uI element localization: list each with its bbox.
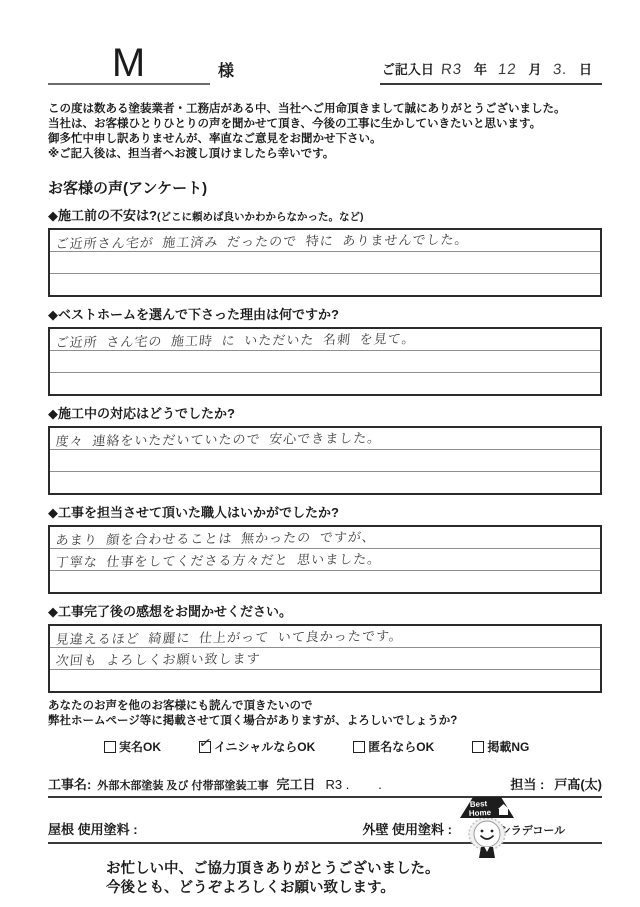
honorific-label: 様: [218, 58, 234, 85]
checkbox-label: イニシャルならOK: [214, 738, 315, 755]
survey-title: お客様の声(アンケート): [48, 177, 602, 198]
customer-initial: M: [112, 41, 146, 85]
intro-line: 当社は、お客様ひとりひとりの声を聞かせて頂き、今後の工事に生かしていきたいと思い…: [48, 117, 602, 132]
intro-line: 御多忙中申し訳ありませんが、率直なご意見をお聞かせ下さい。: [48, 132, 602, 147]
question-block-post-completion-impression: ◆工事完了後の感想をお聞かせください。 見違えるほど 綺麗に 仕上がって いて良…: [48, 603, 602, 693]
answer-box[interactable]: 度々 連絡をいただいていたので 安心できました。: [48, 426, 602, 495]
checkbox-icon: ✓: [104, 741, 116, 753]
answer-line: [50, 274, 600, 295]
question-block-reason-for-choosing: ◆ベストホームを選んで下さった理由は何ですか? ご近所 さん宅の 施工時 に い…: [48, 306, 602, 396]
question-label: ◆工事完了後の感想をお聞かせください。: [48, 603, 602, 622]
roof-paint-label: 屋根 使用塗料 :: [48, 819, 138, 838]
checkbox-label: 匿名ならOK: [368, 738, 434, 755]
checkbox-icon: ✓: [353, 741, 365, 753]
answer-line: 丁寧な 仕事をしてくださる方々だと 思いました。: [50, 549, 600, 571]
closing-message: お忙しい中、ご協力頂きありがとうございました。 今後とも、どうぞよろしくお願い致…: [48, 860, 602, 898]
consent-line: あなたのお声を他のお客様にも読んで頂きたいので: [48, 699, 602, 714]
answer-line: [50, 670, 600, 691]
entry-date-field[interactable]: ご記入日 R3 年 12 月 3. 日: [380, 59, 602, 85]
work-name-label: 工事名:: [48, 774, 91, 793]
closing-line: お忙しい中、ご協力頂きありがとうございました。: [106, 860, 602, 879]
checkbox-anonymous-ok[interactable]: ✓ 匿名ならOK: [353, 738, 434, 755]
logo-text-home: Home: [469, 808, 492, 818]
intro-line: ※ご記入後は、担当者へお渡し頂けましたら幸いです。: [48, 147, 602, 162]
publication-consent-text: あなたのお声を他のお客様にも読んで頂きたいので 弊社ホームページ等に掲載させて頂…: [48, 699, 602, 729]
answer-line: [50, 373, 600, 394]
answer-line: [50, 252, 600, 274]
answer-box[interactable]: あまり 顔を合わせることは 無かったの ですが、 丁寧な 仕事をしてくださる方々…: [48, 525, 602, 594]
consent-options: ✓ 実名OK ✓ イニシャルならOK ✓ 匿名ならOK ✓ 掲載NG: [48, 738, 602, 755]
year-unit-label: 年: [474, 62, 487, 77]
customer-name-block: M 様: [48, 44, 234, 85]
closing-line: 今後とも、どうぞよろしくお願い致します。: [106, 879, 602, 898]
answer-line: ご近所 さん宅の 施工時 に いただいた 名刺 を見て。: [50, 329, 600, 351]
customer-name-field[interactable]: M: [48, 44, 210, 85]
completion-date-label: 完工日: [276, 774, 315, 793]
checkbox-label: 掲載NG: [487, 738, 529, 755]
work-name-value: 外部木部塗装 及び 付帯部塗装工事: [97, 777, 268, 793]
checkbox-publication-ng[interactable]: ✓ 掲載NG: [472, 738, 529, 755]
entry-date-label: ご記入日: [382, 62, 434, 77]
question-note: (どこに頼めば良いかわからなかった。など): [157, 211, 364, 223]
answer-box[interactable]: 見違えるほど 綺麗に 仕上がって いて良かったです。 次回も よろしくお願い致し…: [48, 624, 602, 693]
entry-date-year-value: R3: [440, 61, 463, 78]
question-label: ◆施工中の対応はどうでしたか?: [48, 405, 602, 424]
question-block-response-during-construction: ◆施工中の対応はどうでしたか? 度々 連絡をいただいていたので 安心できました。: [48, 405, 602, 495]
completion-date-value: R3 . .: [325, 777, 381, 792]
question-block-pre-construction-concerns: ◆施工前の不安は?(どこに頼めば良いかわからなかった。など) ご近所さん宅が 施…: [48, 207, 602, 297]
answer-line: [50, 450, 600, 472]
checkbox-icon: ✓: [472, 741, 484, 753]
survey-sheet: M 様 ご記入日 R3 年 12 月 3. 日 この度は数ある塗装業者・工務店が…: [48, 44, 602, 898]
entry-date-day-value: 3.: [552, 61, 568, 78]
checkbox-label: 実名OK: [119, 738, 161, 755]
answer-line: あまり 顔を合わせることは 無かったの ですが、: [50, 527, 600, 549]
question-label: ◆施工前の不安は?(どこに頼めば良いかわからなかった。など): [48, 207, 602, 226]
answer-line: 次回も よろしくお願い致します: [50, 648, 600, 670]
mascot-icon: Best Home: [458, 796, 516, 860]
work-info-row: 工事名: 外部木部塗装 及び 付帯部塗装工事 完工日 R3 . . 担当 : 戸…: [48, 774, 602, 798]
staff-label: 担当 :: [510, 774, 544, 793]
answer-line: [50, 472, 600, 493]
month-unit-label: 月: [529, 62, 542, 77]
answer-line: [50, 571, 600, 592]
entry-date-month-value: 12: [498, 61, 518, 78]
answer-box[interactable]: ご近所 さん宅の 施工時 に いただいた 名刺 を見て。: [48, 327, 602, 396]
intro-paragraph: この度は数ある塗装業者・工務店がある中、当社へご用命頂きまして誠にありがとうござ…: [48, 102, 602, 162]
question-block-craftsmen-impression: ◆工事を担当させて頂いた職人はいかがでしたか? あまり 顔を合わせることは 無か…: [48, 504, 602, 594]
best-home-mascot-logo: Best Home: [458, 796, 516, 860]
question-label: ◆工事を担当させて頂いた職人はいかがでしたか?: [48, 504, 602, 523]
answer-line: ご近所さん宅が 施工済み だったので 特に ありませんでした。: [50, 230, 600, 252]
answer-line: 度々 連絡をいただいていたので 安心できました。: [50, 428, 600, 450]
sheet-header: M 様 ご記入日 R3 年 12 月 3. 日: [48, 44, 602, 85]
answer-line: [50, 351, 600, 373]
checkbox-real-name-ok[interactable]: ✓ 実名OK: [104, 738, 161, 755]
consent-line: 弊社ホームページ等に掲載させて頂く場合がありますが、よろしいでしょうか?: [48, 714, 602, 729]
answer-line: 見違えるほど 綺麗に 仕上がって いて良かったです。: [50, 626, 600, 648]
day-unit-label: 日: [579, 62, 592, 77]
staff-value: 戸髙(太): [554, 774, 602, 793]
checkbox-icon: ✓: [199, 741, 211, 753]
question-label: ◆ベストホームを選んで下さった理由は何ですか?: [48, 306, 602, 325]
intro-line: この度は数ある塗装業者・工務店がある中、当社へご用命頂きまして誠にありがとうござ…: [48, 102, 602, 117]
paint-info-row: 屋根 使用塗料 : 外壁 使用塗料 : キシラデコール: [48, 819, 602, 844]
check-mark-icon: ✓: [198, 732, 214, 752]
answer-box[interactable]: ご近所さん宅が 施工済み だったので 特に ありませんでした。: [48, 228, 602, 297]
checkbox-initials-ok[interactable]: ✓ イニシャルならOK: [199, 738, 315, 755]
wall-paint-label: 外壁 使用塗料 :: [362, 819, 452, 838]
